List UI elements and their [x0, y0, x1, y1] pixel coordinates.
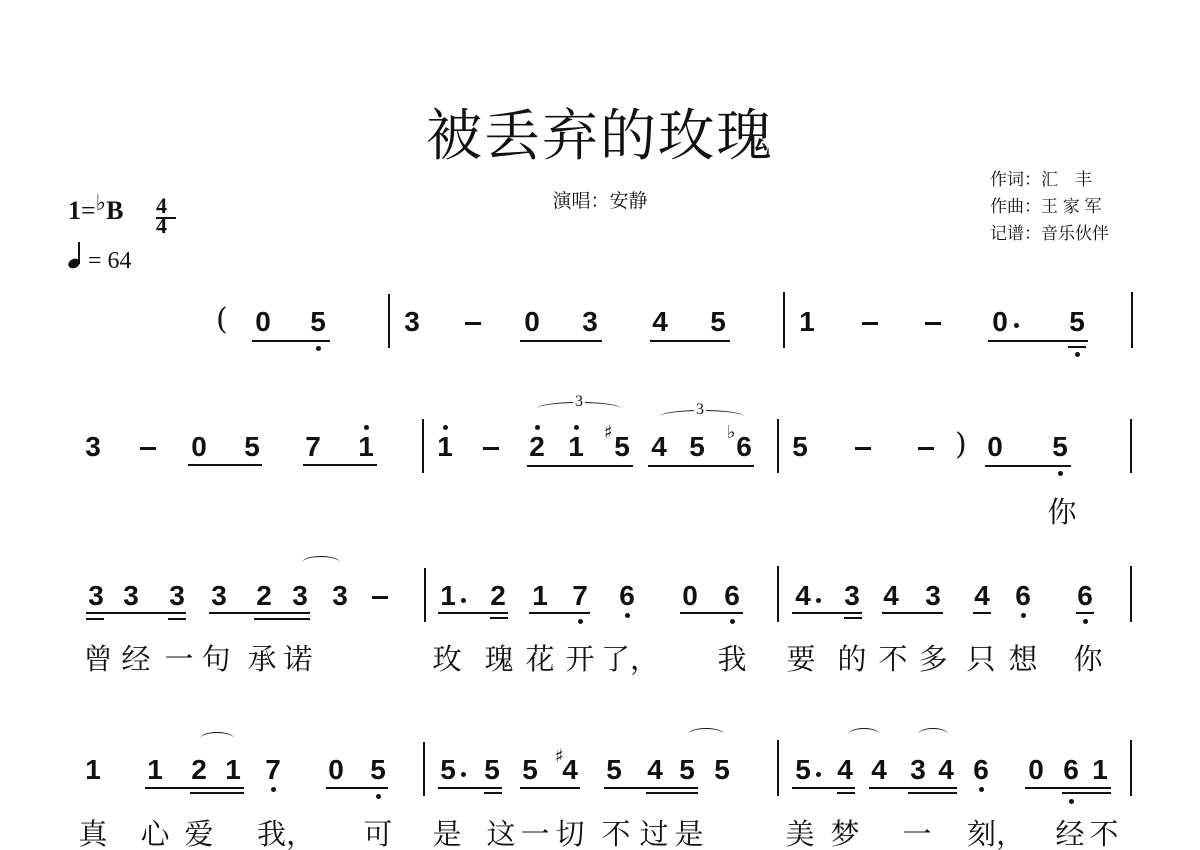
note: 1 — [437, 433, 453, 461]
note: 0 — [992, 308, 1008, 336]
note: 4 — [652, 308, 668, 336]
note: 3 — [85, 433, 101, 461]
note: 5 — [484, 756, 500, 784]
dash — [918, 447, 934, 450]
sharp-icon: ♯ — [604, 422, 613, 443]
lyric: 真 — [78, 818, 107, 850]
lyric: 你 — [1073, 643, 1102, 675]
underline — [520, 340, 602, 342]
tie-slur — [688, 728, 724, 741]
key-tonic: 1 — [68, 196, 81, 225]
note: 3 — [332, 582, 348, 610]
underline — [209, 612, 310, 614]
lyric: 玫 — [432, 643, 461, 675]
lyric: 我 — [717, 643, 746, 675]
note: 1 — [532, 582, 548, 610]
note: 1 — [440, 582, 456, 610]
underline — [646, 792, 698, 794]
barline — [777, 566, 779, 622]
underline — [844, 617, 862, 619]
note: 2 — [529, 433, 545, 461]
note: 6 — [724, 582, 740, 610]
note: 3 — [123, 582, 139, 610]
close-paren: ) — [955, 427, 967, 462]
time-sig-bottom: 4 — [156, 216, 167, 236]
lyric: 是 — [432, 818, 461, 850]
underline — [188, 464, 262, 466]
barline — [777, 419, 779, 473]
note: 6 — [1077, 582, 1093, 610]
note: 0 — [191, 433, 207, 461]
note: 3 — [404, 308, 420, 336]
augmentation-dot — [816, 598, 821, 603]
underline — [86, 612, 186, 614]
tie-slur — [848, 728, 880, 741]
underline — [1062, 792, 1111, 794]
note: 5 — [679, 756, 695, 784]
note: 4 — [974, 582, 990, 610]
lyric: 一 — [902, 818, 931, 850]
note: 3 — [292, 582, 308, 610]
underline — [837, 792, 855, 794]
note: 0 — [524, 308, 540, 336]
underline — [484, 792, 502, 794]
lyric: 切 — [555, 818, 584, 850]
note: 4 — [837, 756, 853, 784]
lyric: 诺 — [283, 643, 312, 675]
note: 4 — [883, 582, 899, 610]
lyric: 要 — [786, 643, 815, 675]
dash — [855, 447, 871, 450]
lyric: 句 — [201, 643, 230, 675]
underline — [438, 612, 508, 614]
underline — [252, 340, 330, 342]
composer-credit: 作曲：王 家 军 — [990, 193, 1109, 220]
barline — [777, 740, 779, 796]
barline — [1130, 419, 1132, 473]
note: 1 — [147, 756, 163, 784]
barline — [1130, 740, 1132, 796]
underline — [529, 612, 590, 614]
open-paren: ( — [216, 302, 228, 337]
dash — [925, 322, 941, 325]
low-dot — [625, 613, 630, 618]
underline — [680, 612, 743, 614]
underline — [168, 618, 186, 620]
dash — [140, 447, 156, 450]
lyric: 一 — [520, 818, 549, 850]
barline — [422, 419, 424, 473]
note: 6 — [736, 433, 752, 461]
underline — [190, 792, 244, 794]
note: 5 — [440, 756, 456, 784]
high-dot — [574, 425, 579, 430]
lyric: 想 — [1008, 643, 1037, 675]
lyric: 多 — [918, 643, 947, 675]
lyric: 经 — [1055, 818, 1084, 850]
lyric: 可 — [363, 818, 392, 850]
dash — [483, 447, 499, 450]
note: 3 — [88, 582, 104, 610]
transcriber-credit: 记谱：音乐伙伴 — [990, 220, 1109, 247]
low-dot — [1021, 613, 1026, 618]
underline — [303, 464, 377, 466]
lyric: 爱 — [184, 818, 213, 850]
lyric: 了， — [601, 643, 659, 675]
underline — [650, 340, 730, 342]
low-dot — [1058, 471, 1063, 476]
underline — [973, 612, 991, 614]
high-dot — [535, 425, 540, 430]
underline — [520, 787, 580, 789]
note: 2 — [256, 582, 272, 610]
lyric: 经 — [121, 643, 150, 675]
note: 0 — [987, 433, 1003, 461]
note: 5 — [1052, 433, 1068, 461]
lyric: 只 — [966, 643, 995, 675]
note: 1 — [1092, 756, 1108, 784]
lyric: 这 — [486, 818, 515, 850]
note: 1 — [85, 756, 101, 784]
lyric: 的 — [837, 643, 866, 675]
tie-slur — [918, 728, 948, 741]
note: 0 — [328, 756, 344, 784]
lyric: 承 — [247, 643, 276, 675]
low-dot — [730, 619, 735, 624]
note: 3 — [844, 582, 860, 610]
barline — [1130, 566, 1132, 622]
note: 5 — [689, 433, 705, 461]
note: 1 — [358, 433, 374, 461]
lyric: 花 — [525, 643, 554, 675]
lyric: 梦 — [830, 818, 859, 850]
song-title: 被丢弃的玫瑰 — [0, 92, 1200, 172]
barline — [388, 294, 390, 348]
underline — [882, 612, 943, 614]
barline — [783, 292, 785, 348]
underline — [604, 787, 698, 789]
lyric: 瑰 — [484, 643, 513, 675]
lyric: 你 — [1047, 496, 1076, 528]
lyric: 不 — [1089, 818, 1118, 850]
note: 5 — [710, 308, 726, 336]
note: 1 — [568, 433, 584, 461]
barline — [423, 742, 425, 796]
tempo-value: = 64 — [88, 248, 132, 274]
note: 3 — [211, 582, 227, 610]
note: 2 — [490, 582, 506, 610]
barline — [1131, 292, 1133, 348]
note: 5 — [522, 756, 538, 784]
underline — [869, 787, 957, 789]
underline — [988, 340, 1088, 342]
low-dot — [316, 346, 321, 351]
note: 7 — [305, 433, 321, 461]
lyric: 一 — [164, 643, 193, 675]
underline — [326, 787, 388, 789]
underline — [527, 465, 633, 467]
low-dot — [979, 787, 984, 792]
tie-slur — [302, 556, 340, 569]
key-note: B — [106, 196, 123, 225]
note: 4 — [562, 756, 578, 784]
underline — [438, 787, 502, 789]
dash — [372, 596, 388, 599]
note: 7 — [265, 756, 281, 784]
augmentation-dot — [1014, 323, 1019, 328]
underline — [490, 617, 508, 619]
underline — [1076, 612, 1094, 614]
key-equals: = — [81, 196, 96, 225]
lyric: 不 — [878, 643, 907, 675]
lyric: 刻， — [967, 818, 1025, 850]
high-dot — [364, 425, 369, 430]
lyric: 我， — [257, 818, 315, 850]
note: 6 — [1015, 582, 1031, 610]
underline — [254, 618, 310, 620]
underline — [908, 792, 957, 794]
note: 0 — [1028, 756, 1044, 784]
note: 1 — [799, 308, 815, 336]
underline — [145, 787, 244, 789]
note: 5 — [606, 756, 622, 784]
underline — [1068, 346, 1086, 348]
note: 5 — [244, 433, 260, 461]
flat-icon: ♭ — [727, 422, 736, 443]
tempo-marking: = 64 — [68, 244, 132, 275]
underline — [648, 465, 754, 467]
underline — [792, 612, 862, 614]
note: 7 — [572, 582, 588, 610]
high-dot — [443, 425, 448, 430]
lyric: 是 — [674, 818, 703, 850]
key-signature: 1=♭B — [68, 196, 123, 226]
note: 5 — [614, 433, 630, 461]
low-dot — [1069, 799, 1074, 804]
note: 4 — [871, 756, 887, 784]
low-dot — [271, 787, 276, 792]
note: 6 — [1063, 756, 1079, 784]
lyric: 过 — [639, 818, 668, 850]
flat-icon: ♭ — [96, 190, 106, 215]
note: 5 — [1069, 308, 1085, 336]
time-sig-divider — [156, 217, 176, 219]
note: 3 — [169, 582, 185, 610]
underline — [86, 618, 104, 620]
note: 3 — [910, 756, 926, 784]
tie-slur — [200, 732, 234, 745]
underline — [792, 787, 855, 789]
note: 1 — [225, 756, 241, 784]
note: 3 — [582, 308, 598, 336]
triplet-marker: 3 — [694, 401, 706, 419]
quarter-note-icon — [68, 244, 82, 268]
lyricist-credit: 作词：汇 丰 — [990, 166, 1109, 193]
note: 0 — [682, 582, 698, 610]
note: 5 — [714, 756, 730, 784]
augmentation-dot — [816, 772, 821, 777]
note: 4 — [647, 756, 663, 784]
low-dot — [376, 794, 381, 799]
time-signature: 4 4 — [156, 196, 167, 236]
lyric: 不 — [601, 818, 630, 850]
dash — [862, 322, 878, 325]
barline — [424, 568, 426, 622]
note: 5 — [310, 308, 326, 336]
lyric: 美 — [785, 818, 814, 850]
augmentation-dot — [461, 598, 466, 603]
lyric: 曾 — [83, 643, 112, 675]
low-dot — [578, 619, 583, 624]
underline — [985, 465, 1071, 467]
note: 5 — [792, 433, 808, 461]
low-dot — [1075, 352, 1080, 357]
lyric: 心 — [140, 818, 169, 850]
dash — [465, 322, 481, 325]
triplet-marker: 3 — [573, 393, 585, 411]
note: 5 — [370, 756, 386, 784]
note: 4 — [938, 756, 954, 784]
credits-block: 作词：汇 丰 作曲：王 家 军 记谱：音乐伙伴 — [990, 166, 1109, 247]
lyric: 开 — [565, 643, 594, 675]
note: 3 — [925, 582, 941, 610]
note: 4 — [795, 582, 811, 610]
augmentation-dot — [461, 772, 466, 777]
note: 6 — [619, 582, 635, 610]
note: 5 — [795, 756, 811, 784]
note: 0 — [255, 308, 271, 336]
note: 2 — [191, 756, 207, 784]
low-dot — [1083, 619, 1088, 624]
underline — [1025, 787, 1111, 789]
note: 6 — [973, 756, 989, 784]
note: 4 — [651, 433, 667, 461]
